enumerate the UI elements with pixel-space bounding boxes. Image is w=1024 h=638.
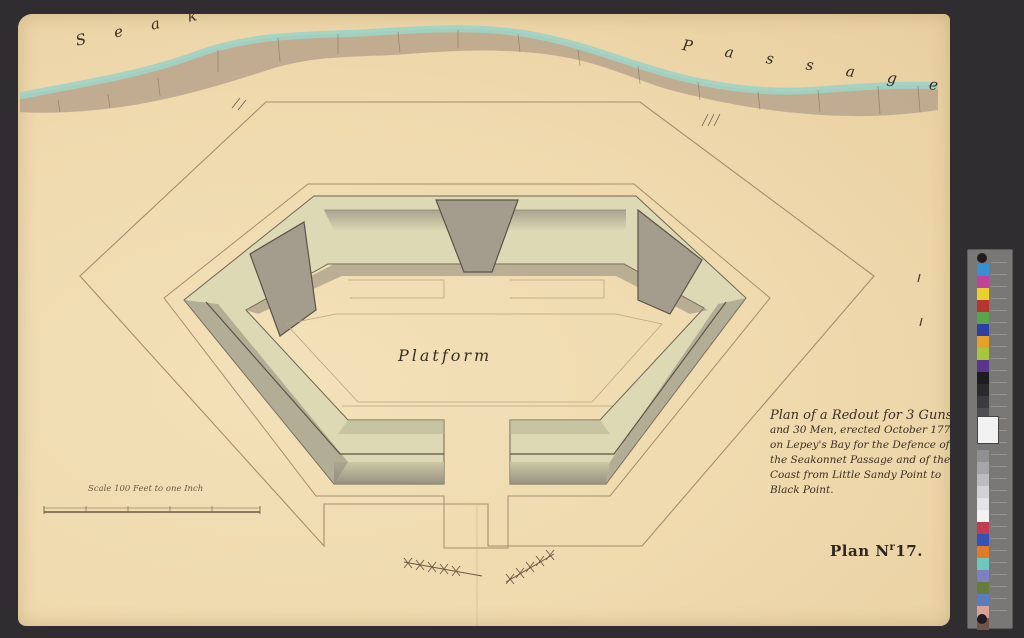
- platform-label: Platform: [398, 346, 492, 365]
- color-swatch: [977, 300, 989, 312]
- color-swatch: [977, 474, 989, 486]
- color-swatch: [977, 264, 989, 276]
- color-swatch: [977, 396, 989, 408]
- title-line: on Lepey's Bay for the Defence of: [770, 438, 950, 453]
- mount-hole-icon: [977, 614, 987, 624]
- title-line: Black Point.: [770, 483, 950, 498]
- color-swatch: [977, 288, 989, 300]
- color-swatch: [977, 522, 989, 534]
- color-swatch: [977, 558, 989, 570]
- platform-interior: [286, 280, 662, 406]
- color-swatch: [977, 450, 989, 462]
- color-swatch: [977, 276, 989, 288]
- scale-bar: [44, 506, 260, 514]
- redoubt-plan-drawing: [18, 14, 950, 626]
- map-sheet: S e a k o n n e t P a s s a g e. Platfor…: [18, 14, 950, 626]
- color-swatch: [977, 546, 989, 558]
- title-line: the Seakonnet Passage and of the: [770, 453, 950, 468]
- mount-hole-icon: [977, 253, 987, 263]
- outer-glacis-outline: [80, 102, 874, 546]
- target-label-card: [977, 416, 999, 444]
- plan-number: Plan Nr17.: [830, 542, 923, 560]
- color-swatch: [977, 534, 989, 546]
- color-swatch: [977, 384, 989, 396]
- color-swatch: [977, 360, 989, 372]
- abatis-left: [404, 558, 482, 576]
- title-line: Plan of a Redout for 3 Guns: [770, 408, 950, 423]
- color-swatch: [977, 498, 989, 510]
- color-swatch: [977, 594, 989, 606]
- color-swatch: [977, 510, 989, 522]
- color-swatch: [977, 582, 989, 594]
- title-line: Coast from Little Sandy Point to: [770, 468, 950, 483]
- color-swatch: [977, 348, 989, 360]
- color-swatch: [977, 336, 989, 348]
- color-swatches-bottom: [977, 450, 989, 630]
- color-swatch: [977, 486, 989, 498]
- color-swatch: [977, 570, 989, 582]
- scale-label: Scale 100 Feet to one Inch: [88, 484, 203, 494]
- color-swatch: [977, 312, 989, 324]
- color-swatch: [977, 462, 989, 474]
- title-line: and 30 Men, erected October 1777: [770, 423, 950, 438]
- color-calibration-target: [967, 249, 1013, 629]
- color-swatch: [977, 324, 989, 336]
- coastline: [20, 29, 938, 126]
- title-cartouche: Plan of a Redout for 3 Guns and 30 Men, …: [770, 408, 950, 498]
- abatis-right: [506, 550, 554, 584]
- color-swatch: [977, 372, 989, 384]
